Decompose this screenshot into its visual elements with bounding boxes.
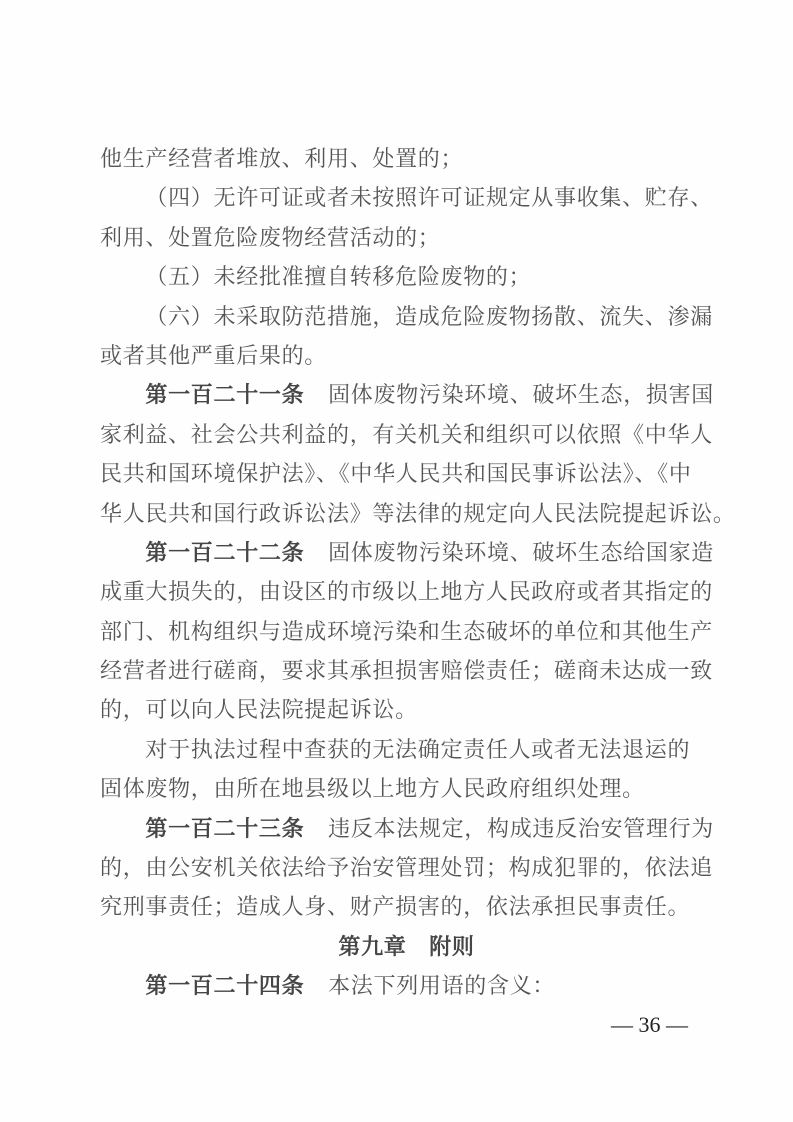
text-line: 第一百二十一条 固体废物污染环境、破坏生态，损害国 — [100, 375, 713, 414]
text-line: 他生产经营者堆放、利用、处置的； — [100, 139, 713, 178]
line-text: 利用、处置危险废物经营活动的； — [100, 225, 441, 250]
line-text: 或者其他严重后果的。 — [100, 343, 327, 368]
text-block: 他生产经营者堆放、利用、处置的； （四）无许可证或者未按照许可证规定从事收集、贮… — [100, 139, 713, 1006]
article-number-bold: 第九章 附则 — [338, 934, 474, 959]
text-line: 部门、机构组织与造成环境污染和生态破坏的单位和其他生产 — [100, 612, 713, 651]
line-text: 民共和国环境保护法》、《中华人民共和国民事诉讼法》、《中 — [100, 461, 692, 486]
text-line: 成重大损失的，由设区的市级以上地方人民政府或者其指定的 — [100, 572, 713, 611]
line-text: 固体废物污染环境、破坏生态，损害国 — [328, 382, 714, 407]
text-line: 家利益、社会公共利益的，有关机关和组织可以依照《中华人 — [100, 415, 713, 454]
text-line: 的，可以向人民法院提起诉讼。 — [100, 690, 713, 729]
line-text: 家利益、社会公共利益的，有关机关和组织可以依照《中华人 — [100, 422, 713, 447]
line-text: 他生产经营者堆放、利用、处置的； — [100, 146, 463, 171]
text-line: 第九章 附则 — [100, 927, 713, 966]
page-number: — 36 — — [611, 1012, 688, 1038]
text-line: 的，由公安机关依法给予治安管理处罚；构成犯罪的，依法追 — [100, 848, 713, 887]
text-line: 民共和国环境保护法》、《中华人民共和国民事诉讼法》、《中 — [100, 454, 713, 493]
article-number-bold: 第一百二十二条 — [145, 540, 304, 565]
document-page: 他生产经营者堆放、利用、处置的； （四）无许可证或者未按照许可证规定从事收集、贮… — [0, 0, 793, 1122]
line-text: 固体废物污染环境、破坏生态给国家造 — [328, 540, 714, 565]
line-text: 成重大损失的，由设区的市级以上地方人民政府或者其指定的 — [100, 579, 713, 604]
article-number-bold: 第一百二十三条 — [145, 816, 304, 841]
line-text: 违反本法规定，构成违反治安管理行为 — [328, 816, 714, 841]
text-line: 第一百二十三条 违反本法规定，构成违反治安管理行为 — [100, 809, 713, 848]
text-line: （六）未采取防范措施，造成危险废物扬散、流失、渗漏 — [100, 297, 713, 336]
text-line: （五）未经批准擅自转移危险废物的； — [100, 257, 713, 296]
line-text: 的，由公安机关依法给予治安管理处罚；构成犯罪的，依法追 — [100, 855, 713, 880]
text-line: 或者其他严重后果的。 — [100, 336, 713, 375]
line-text: 华人民共和国行政诉讼法》等法律的规定向人民法院提起诉讼。 — [100, 501, 736, 526]
article-number-bold: 第一百二十一条 — [145, 382, 304, 407]
line-text: 对于执法过程中查获的无法确定责任人或者无法退运的 — [145, 737, 690, 762]
line-text: （五）未经批准擅自转移危险废物的； — [145, 264, 531, 289]
text-line: （四）无许可证或者未按照许可证规定从事收集、贮存、 — [100, 178, 713, 217]
text-line: 固体废物，由所在地县级以上地方人民政府组织处理。 — [100, 769, 713, 808]
text-line: 第一百二十四条 本法下列用语的含义： — [100, 966, 713, 1005]
line-text: 究刑事责任；造成人身、财产损害的，依法承担民事责任。 — [100, 894, 690, 919]
text-line: 华人民共和国行政诉讼法》等法律的规定向人民法院提起诉讼。 — [100, 494, 713, 533]
text-line: 对于执法过程中查获的无法确定责任人或者无法退运的 — [100, 730, 713, 769]
text-line: 经营者进行磋商，要求其承担损害赔偿责任；磋商未达成一致 — [100, 651, 713, 690]
line-text: 的，可以向人民法院提起诉讼。 — [100, 697, 418, 722]
text-line: 利用、处置危险废物经营活动的； — [100, 218, 713, 257]
line-text: 固体废物，由所在地县级以上地方人民政府组织处理。 — [100, 776, 645, 801]
line-text: 经营者进行磋商，要求其承担损害赔偿责任；磋商未达成一致 — [100, 658, 713, 683]
article-number-bold: 第一百二十四条 — [145, 973, 304, 998]
line-text: （四）无许可证或者未按照许可证规定从事收集、贮存、 — [145, 185, 713, 210]
text-line: 第一百二十二条 固体废物污染环境、破坏生态给国家造 — [100, 533, 713, 572]
text-line: 究刑事责任；造成人身、财产损害的，依法承担民事责任。 — [100, 887, 713, 926]
line-text: 本法下列用语的含义： — [328, 973, 555, 998]
line-text: （六）未采取防范措施，造成危险废物扬散、流失、渗漏 — [145, 304, 713, 329]
line-text: 部门、机构组织与造成环境污染和生态破坏的单位和其他生产 — [100, 619, 713, 644]
